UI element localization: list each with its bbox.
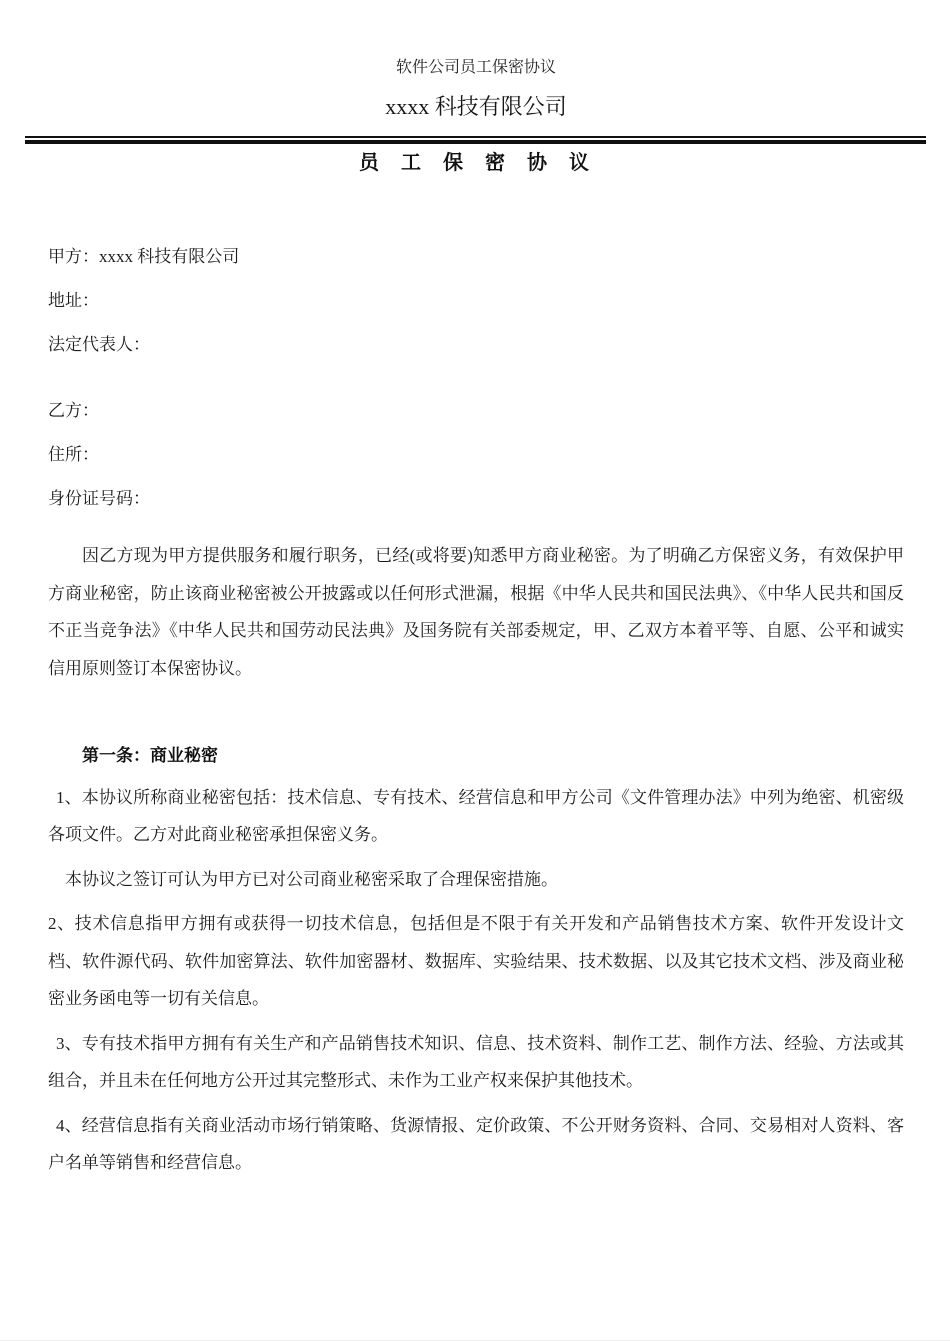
article-1-heading: 第一条：商业秘密 xyxy=(48,737,904,775)
thick-thin-divider xyxy=(25,136,926,144)
party-a-legal-representative: 法定代表人： xyxy=(48,333,904,357)
party-a-block: 甲方：xxxx 科技有限公司 地址： 法定代表人： xyxy=(48,245,904,357)
article-1-item-3: 3、专有技术指甲方拥有有关生产和产品销售技术知识、信息、技术资料、制作工艺、制作… xyxy=(48,1025,904,1100)
party-b-name: 乙方： xyxy=(48,399,904,423)
company-title: xxxx 科技有限公司 xyxy=(48,92,904,122)
article-1-item-1: 1、本协议所称商业秘密包括：技术信息、专有技术、经营信息和甲方公司《文件管理办法… xyxy=(48,779,904,854)
divider-thin-line xyxy=(25,136,926,138)
divider-thick-line xyxy=(25,140,926,144)
document-page: 软件公司员工保密协议 xxxx 科技有限公司 员 工 保 密 协 议 甲方：xx… xyxy=(0,0,950,1340)
party-b-block: 乙方： 住所： 身份证号码： xyxy=(48,399,904,511)
party-a-address: 地址： xyxy=(48,289,904,313)
party-a-name: 甲方：xxxx 科技有限公司 xyxy=(48,245,904,269)
article-1-item-4: 4、经营信息指有关商业活动市场行销策略、货源情报、定价政策、不公开财务资料、合同… xyxy=(48,1107,904,1182)
party-b-id-number: 身份证号码： xyxy=(48,487,904,511)
document-title: 员 工 保 密 协 议 xyxy=(48,149,904,177)
party-b-residence: 住所： xyxy=(48,443,904,467)
document-header-caption: 软件公司员工保密协议 xyxy=(48,58,904,78)
article-1-item-1-note: 本协议之签订可认为甲方已对公司商业秘密采取了合理保密措施。 xyxy=(48,861,904,899)
article-1-item-2: 2、技术信息指甲方拥有或获得一切技术信息，包括但是不限于有关开发和产品销售技术方… xyxy=(48,905,904,1018)
preamble-paragraph: 因乙方现为甲方提供服务和履行职务，已经(或将要)知悉甲方商业秘密。为了明确乙方保… xyxy=(48,537,904,687)
